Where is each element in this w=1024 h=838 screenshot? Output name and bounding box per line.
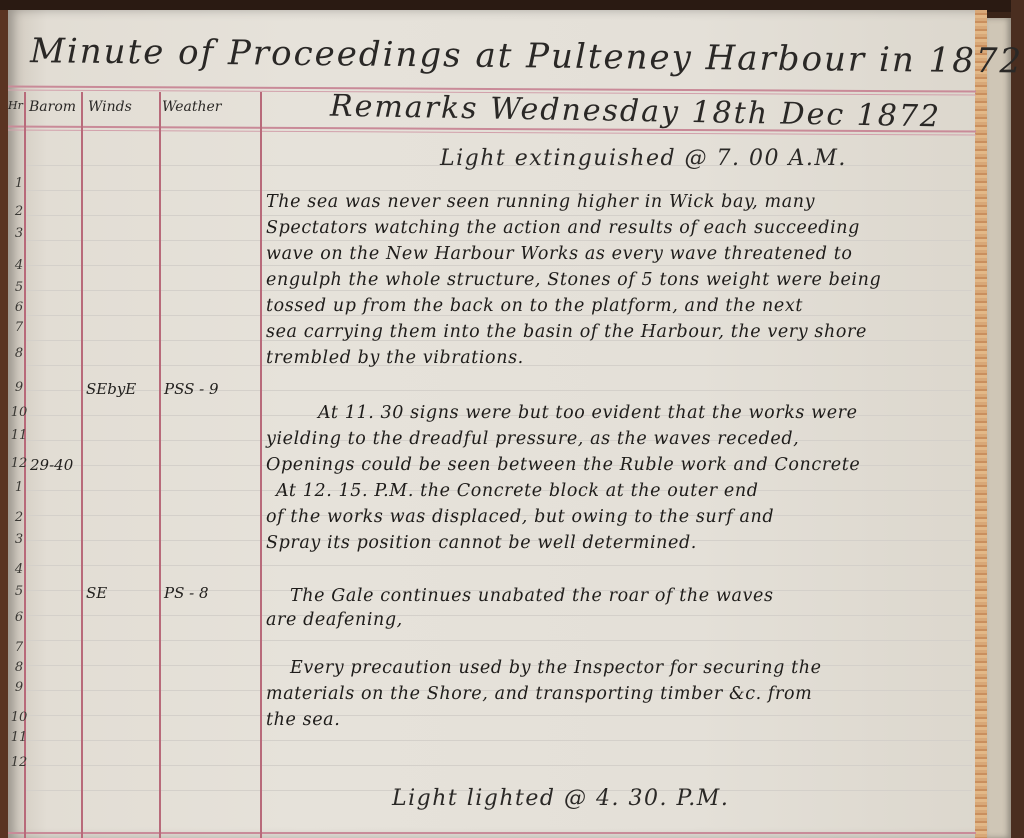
page-title: Minute of Proceedings at Pulteney Harbou… [30, 31, 970, 91]
hour-am-10: 10 [10, 405, 28, 420]
remark-line: Spectators watching the action and resul… [266, 218, 860, 238]
winds-cell-5pm: SE [86, 584, 107, 602]
remark-line: Openings could be seen between the Ruble… [266, 455, 860, 475]
hour-am-1: 1 [10, 176, 28, 191]
hour-am-8: 8 [10, 346, 28, 361]
light-extinguished-note: Light extinguished @ 7. 00 A.M. [440, 146, 847, 171]
remark-line: At 12. 15. P.M. the Concrete block at th… [276, 481, 759, 501]
remark-line: sea carrying them into the basin of the … [266, 322, 867, 342]
light-lighted-note: Light lighted @ 4. 30. P.M. [392, 786, 729, 811]
remark-line: trembled by the vibrations. [266, 348, 524, 368]
hour-am-2: 2 [10, 204, 28, 219]
column-header-weather: Weather [162, 99, 222, 115]
column-divider-winds [159, 92, 161, 838]
remark-line: The sea was never seen running higher in… [266, 192, 815, 212]
hour-pm-9: 9 [10, 680, 28, 695]
remark-line: the sea. [266, 710, 340, 730]
book-cover-outer [1011, 0, 1024, 838]
hour-pm-10: 10 [10, 710, 28, 725]
hour-pm-11: 11 [10, 730, 28, 745]
hour-am-5: 5 [10, 280, 28, 295]
hour-pm-1: 1 [10, 480, 28, 495]
remark-line: engulph the whole structure, Stones of 5… [266, 270, 881, 290]
hour-pm-4: 4 [10, 562, 28, 577]
column-header-barom: Barom [29, 99, 76, 115]
hour-am-11: 11 [10, 428, 28, 443]
remark-line: At 11. 30 signs were but too evident tha… [318, 403, 858, 423]
page-edge [975, 10, 987, 838]
remark-line: of the works was displaced, but owing to… [266, 507, 774, 527]
hour-am-4: 4 [10, 258, 28, 273]
barom-cell-12: 29-40 [30, 456, 73, 474]
hour-am-12: 12 [10, 456, 28, 471]
column-divider-barom [81, 92, 83, 838]
hour-pm-8: 8 [10, 660, 28, 675]
remark-line: yielding to the dreadful pressure, as th… [266, 429, 799, 449]
winds-cell-9am: SEbyE [86, 380, 136, 398]
remark-line: wave on the New Harbour Works as every w… [266, 244, 852, 264]
weather-cell-9am: PSS - 9 [164, 380, 219, 398]
hour-pm-7: 7 [10, 640, 28, 655]
remark-line: Every precaution used by the Inspector f… [290, 658, 822, 678]
remark-line: Spray its position cannot be well determ… [266, 533, 697, 553]
hour-pm-5: 5 [10, 584, 28, 599]
hour-pm-12: 12 [10, 755, 28, 770]
hour-am-3: 3 [10, 226, 28, 241]
column-header-hour: Hr [8, 99, 23, 112]
hour-am-7: 7 [10, 320, 28, 335]
remark-line: The Gale continues unabated the roar of … [290, 586, 774, 606]
hour-am-6: 6 [10, 300, 28, 315]
remark-line: tossed up from the back on to the platfo… [266, 296, 803, 316]
column-divider-weather [260, 92, 262, 838]
column-header-winds: Winds [88, 99, 132, 115]
remark-line: materials on the Shore, and transporting… [266, 684, 812, 704]
hour-pm-3: 3 [10, 532, 28, 547]
book-cover-inner [987, 18, 1011, 838]
weather-cell-5pm: PS - 8 [164, 584, 209, 602]
hour-pm-2: 2 [10, 510, 28, 525]
footer-rule [8, 832, 976, 834]
hour-am-9: 9 [10, 380, 28, 395]
remark-line: are deafening, [266, 610, 403, 630]
hour-pm-6: 6 [10, 610, 28, 625]
